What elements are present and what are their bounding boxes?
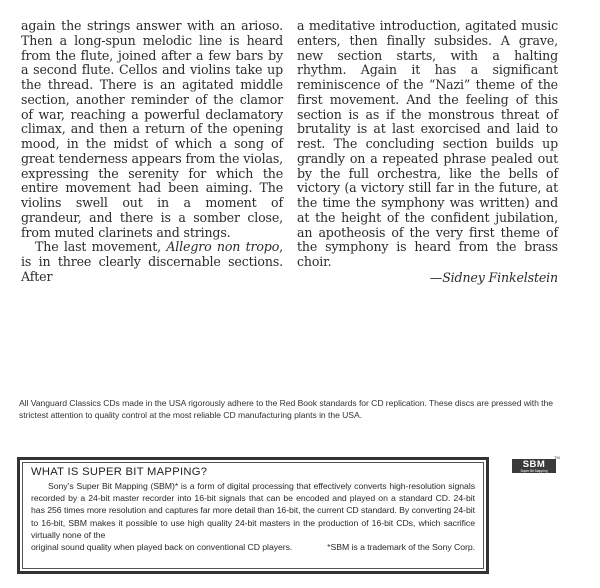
- article-paragraph: again the strings answer with an arioso.…: [21, 19, 283, 240]
- trademark-symbol: TM: [554, 455, 560, 460]
- trademark-note: *SBM is a trademark of the Sony Corp.: [327, 541, 475, 553]
- article-right-column: a meditative introduction, agitated musi…: [297, 19, 558, 286]
- movement-title: Allegro non tropo: [166, 239, 279, 254]
- article-left-column: again the strings answer with an arioso.…: [21, 19, 283, 285]
- article-paragraph: The last movement, Allegro non tropo, is…: [21, 240, 283, 284]
- sbm-body-last-line: original sound quality when played back …: [31, 541, 292, 553]
- sbm-heading: WHAT IS SUPER BIT MAPPING?: [31, 466, 207, 478]
- article-paragraph: a meditative introduction, agitated musi…: [297, 19, 558, 270]
- sbm-description: Sony’s Super Bit Mapping (SBM)* is a for…: [31, 480, 475, 553]
- manufacturing-note: All Vanguard Classics CDs made in the US…: [19, 397, 559, 421]
- author-signature: —Sidney Finkelstein: [297, 271, 558, 286]
- sbm-logo-icon: SBM Super Bit Mapping: [512, 459, 556, 473]
